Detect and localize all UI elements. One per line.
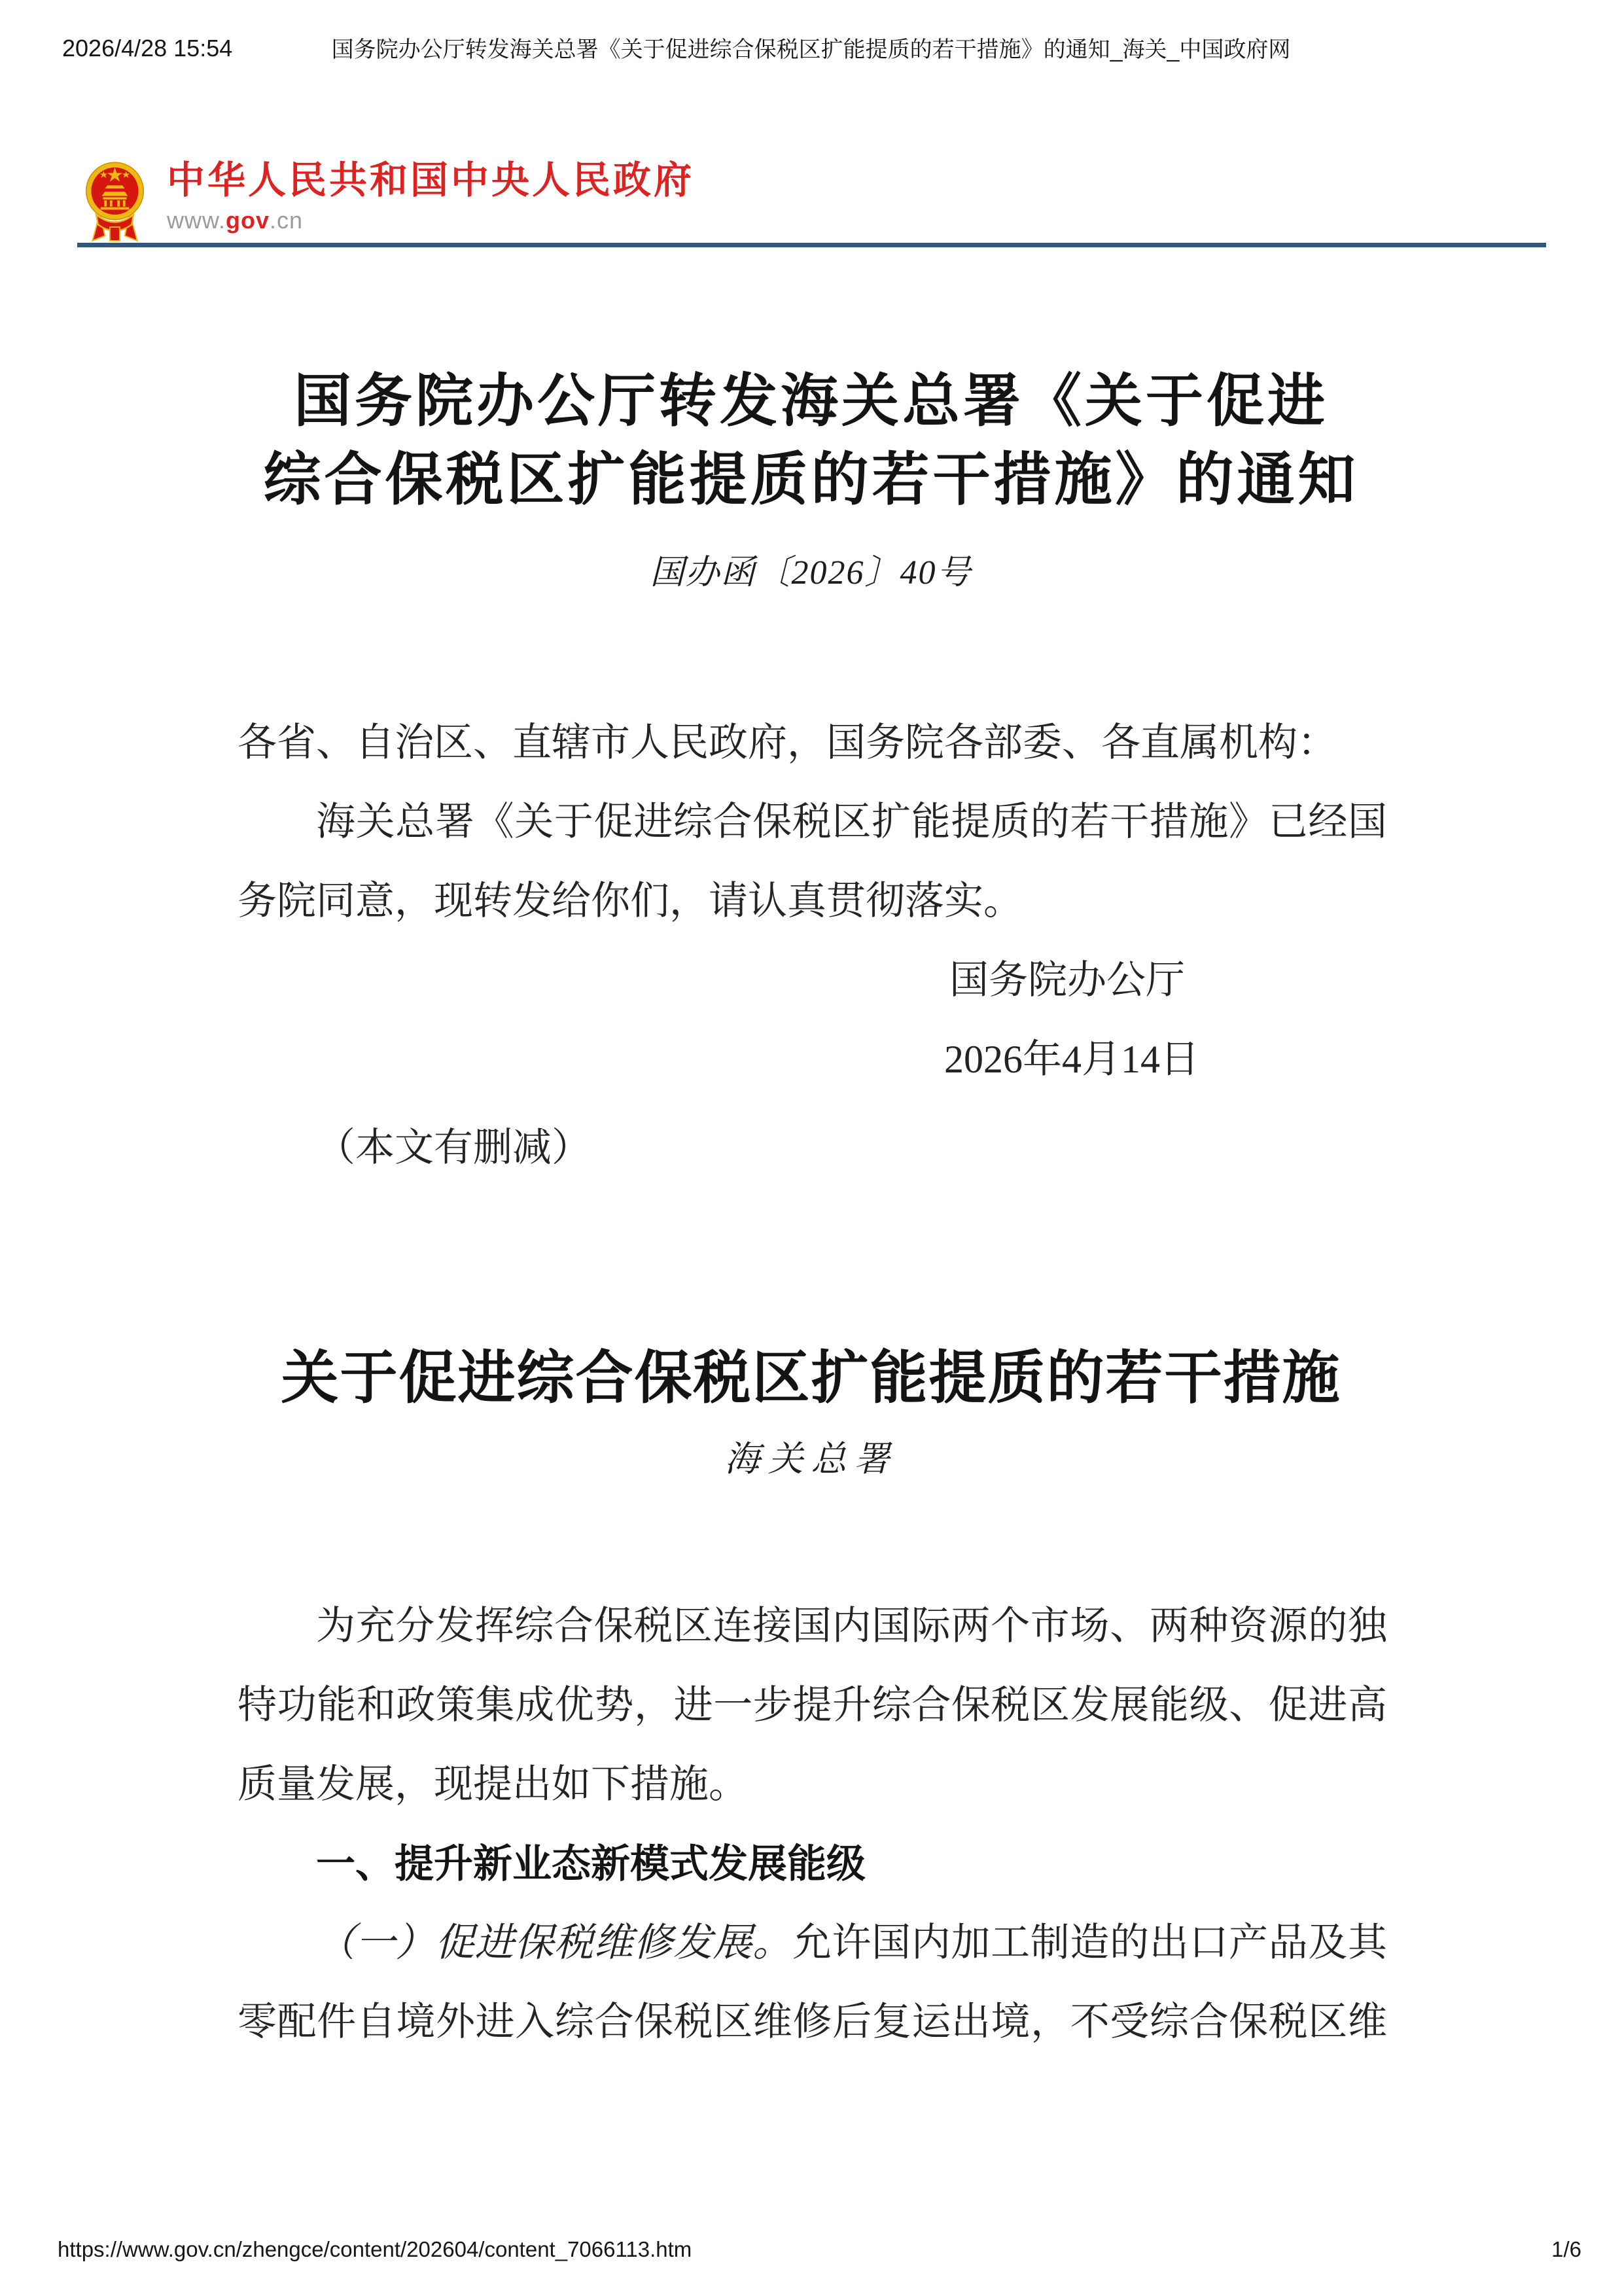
notice-body: 各省、自治区、直辖市人民政府，国务院各部委、各直属机构： 海关总署《关于促进综合… <box>238 703 1387 1188</box>
measures-author: 海关总署 <box>0 1438 1622 1480</box>
site-url-gov: gov <box>226 207 270 234</box>
notice-body-line2: 务院同意，现转发给你们，请认真贯彻落实。 <box>238 862 1387 941</box>
measures-body: 为充分发挥综合保税区连接国内国际两个市场、两种资源的独 特功能和政策集成优势，进… <box>238 1587 1387 2062</box>
notice-signature: 国务院办公厅 <box>238 941 1387 1020</box>
masthead-divider <box>77 243 1546 247</box>
notice-redaction-note: （本文有删减） <box>238 1108 1387 1188</box>
measures-intro-line1: 为充分发挥综合保税区连接国内国际两个市场、两种资源的独 <box>238 1587 1387 1666</box>
site-name: 中华人民共和国中央人民政府 <box>167 161 694 200</box>
masthead-text: 中华人民共和国中央人民政府 www.gov.cn <box>167 161 694 233</box>
measures-intro-line2: 特功能和政策集成优势，进一步提升综合保税区发展能级、促进高 <box>238 1666 1387 1745</box>
notice-title-line1: 国务院办公厅转发海关总署《关于促进 <box>0 363 1622 442</box>
printed-page: { "theme": { "brand_red": "#dd2322", "ru… <box>0 0 1622 2296</box>
site-url-www: www. <box>167 207 226 234</box>
measures-intro-line3: 质量发展，现提出如下措施。 <box>238 1745 1387 1824</box>
notice-title-line2: 综合保税区扩能提质的若干措施》的通知 <box>0 442 1622 520</box>
notice-title: 国务院办公厅转发海关总署《关于促进 综合保税区扩能提质的若干措施》的通知 <box>0 363 1622 520</box>
measures-item1-line1: （一）促进保税维修发展。允许国内加工制造的出口产品及其 <box>238 1903 1387 1983</box>
prc-national-emblem-icon <box>84 154 146 252</box>
measures-item1-lead: （一）促进保税维修发展。 <box>316 1921 792 1964</box>
notice-signature-date: 2026年4月14日 <box>238 1020 1387 1099</box>
measures-section1-heading: 一、提升新业态新模式发展能级 <box>238 1824 1387 1903</box>
measures-item1-line2: 零配件自境外进入综合保税区维修后复运出境，不受综合保税区维 <box>238 1983 1387 2062</box>
site-url: www.gov.cn <box>167 208 694 233</box>
measures-item1-rest: 允许国内加工制造的出口产品及其 <box>792 1921 1387 1964</box>
notice-doc-number: 国办函〔2026〕40号 <box>0 553 1622 593</box>
print-page-title: 国务院办公厅转发海关总署《关于促进综合保税区扩能提质的若干措施》的通知_海关_中… <box>196 35 1426 64</box>
site-url-cn: .cn <box>270 207 303 234</box>
notice-salutation: 各省、自治区、直辖市人民政府，国务院各部委、各直属机构： <box>238 703 1387 783</box>
notice-body-line1: 海关总署《关于促进综合保税区扩能提质的若干措施》已经国 <box>238 783 1387 862</box>
print-source-url: https://www.gov.cn/zhengce/content/20260… <box>58 2236 692 2263</box>
print-header: 2026/4/28 15:54 国务院办公厅转发海关总署《关于促进综合保税区扩能… <box>0 34 1622 65</box>
print-page-number: 1/6 <box>1551 2236 1581 2263</box>
measures-title: 关于促进综合保税区扩能提质的若干措施 <box>0 1343 1622 1416</box>
print-footer: https://www.gov.cn/zhengce/content/20260… <box>0 2236 1622 2265</box>
